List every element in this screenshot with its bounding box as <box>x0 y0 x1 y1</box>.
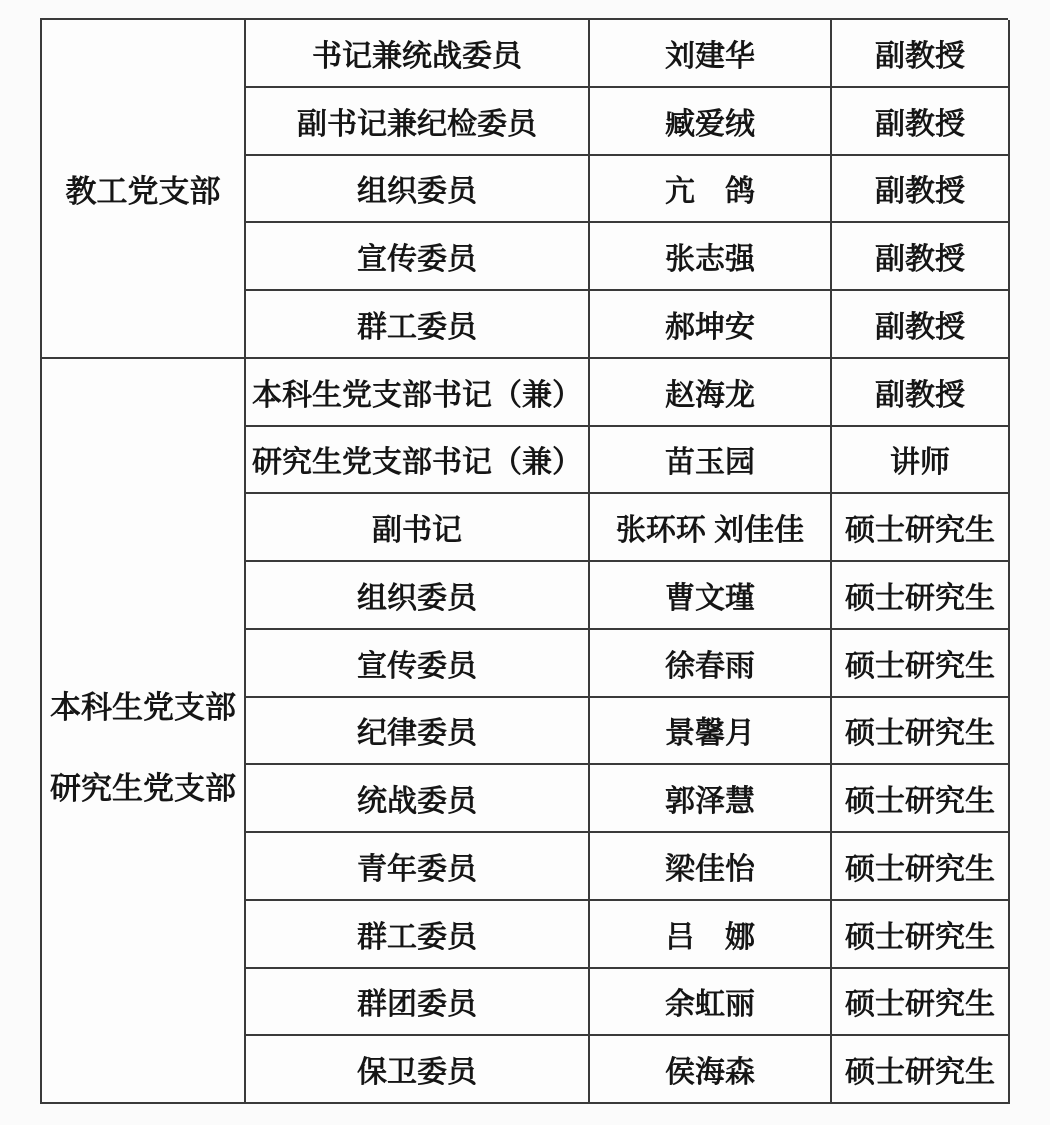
name-cell: 吕 娜 <box>590 901 832 969</box>
name-cell: 徐春雨 <box>590 630 832 698</box>
position-cell: 纪律委员 <box>246 698 590 766</box>
title-cell: 硕士研究生 <box>832 562 1010 630</box>
title-cell: 副教授 <box>832 291 1010 359</box>
group-label-line1: 本科生党支部 <box>50 682 236 727</box>
group-cell-student-branches: 本科生党支部 研究生党支部 <box>42 359 246 1104</box>
position-cell: 副书记 <box>246 494 590 562</box>
name-cell: 苗玉园 <box>590 427 832 495</box>
position-cell: 研究生党支部书记（兼） <box>246 427 590 495</box>
name-cell: 余虹丽 <box>590 969 832 1037</box>
position-cell: 副书记兼纪检委员 <box>246 88 590 156</box>
title-cell: 副教授 <box>832 20 1010 88</box>
title-cell: 硕士研究生 <box>832 969 1010 1037</box>
position-cell: 组织委员 <box>246 562 590 630</box>
name-cell: 郭泽慧 <box>590 765 832 833</box>
group-label: 教工党支部 <box>66 166 221 211</box>
title-cell: 硕士研究生 <box>832 698 1010 766</box>
title-cell: 副教授 <box>832 88 1010 156</box>
position-cell: 群工委员 <box>246 901 590 969</box>
position-cell: 群团委员 <box>246 969 590 1037</box>
group-label-line2: 研究生党支部 <box>50 763 236 808</box>
title-cell: 讲师 <box>832 427 1010 495</box>
title-cell: 硕士研究生 <box>832 901 1010 969</box>
group-cell-faculty-branch: 教工党支部 <box>42 20 246 359</box>
title-cell: 副教授 <box>832 156 1010 224</box>
position-cell: 书记兼统战委员 <box>246 20 590 88</box>
name-cell: 臧爱绒 <box>590 88 832 156</box>
title-cell: 硕士研究生 <box>832 630 1010 698</box>
position-cell: 本科生党支部书记（兼） <box>246 359 590 427</box>
name-cell: 侯海森 <box>590 1036 832 1104</box>
title-cell: 硕士研究生 <box>832 1036 1010 1104</box>
name-cell: 亢 鸽 <box>590 156 832 224</box>
name-cell: 赵海龙 <box>590 359 832 427</box>
name-cell: 曹文瑾 <box>590 562 832 630</box>
name-cell: 张志强 <box>590 223 832 291</box>
title-cell: 硕士研究生 <box>832 833 1010 901</box>
name-cell: 景馨月 <box>590 698 832 766</box>
position-cell: 组织委员 <box>246 156 590 224</box>
name-cell: 张环环 刘佳佳 <box>590 494 832 562</box>
position-cell: 宣传委员 <box>246 630 590 698</box>
page: 教工党支部 本科生党支部 研究生党支部 书记兼统战委员 刘建华 副教授 副书记兼… <box>0 0 1050 1125</box>
position-cell: 统战委员 <box>246 765 590 833</box>
position-cell: 保卫委员 <box>246 1036 590 1104</box>
name-cell: 刘建华 <box>590 20 832 88</box>
name-cell: 梁佳怡 <box>590 833 832 901</box>
name-cell: 郝坤安 <box>590 291 832 359</box>
title-cell: 硕士研究生 <box>832 765 1010 833</box>
org-structure-table: 教工党支部 本科生党支部 研究生党支部 书记兼统战委员 刘建华 副教授 副书记兼… <box>40 18 1008 1104</box>
title-cell: 副教授 <box>832 359 1010 427</box>
title-cell: 硕士研究生 <box>832 494 1010 562</box>
position-cell: 群工委员 <box>246 291 590 359</box>
position-cell: 青年委员 <box>246 833 590 901</box>
position-cell: 宣传委员 <box>246 223 590 291</box>
title-cell: 副教授 <box>832 223 1010 291</box>
